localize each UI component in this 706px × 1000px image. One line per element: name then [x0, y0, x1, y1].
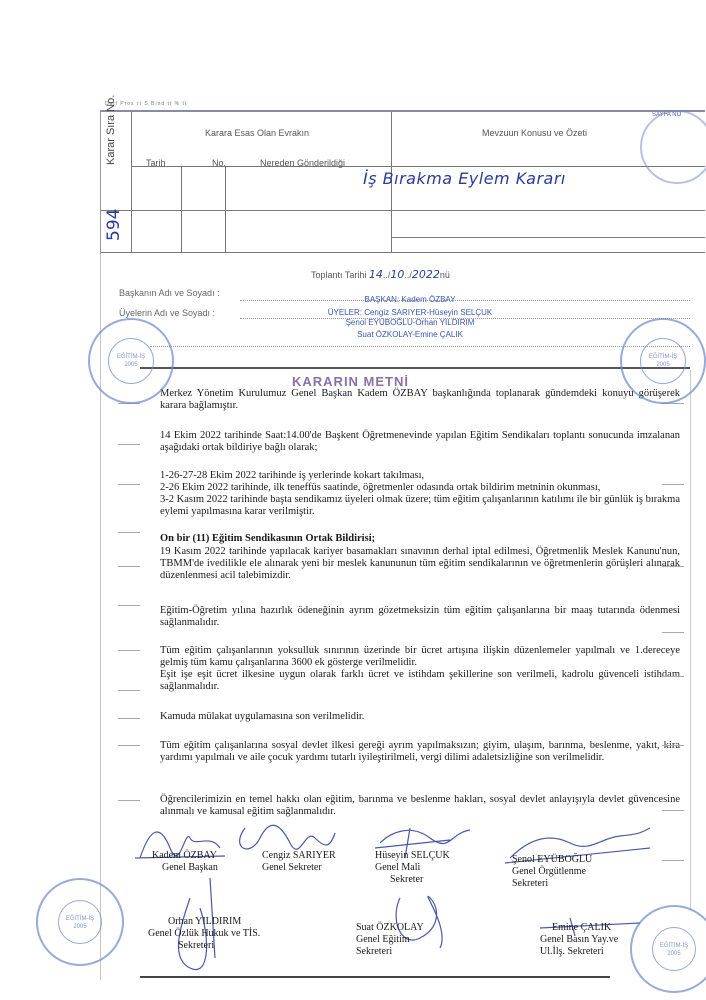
members-line-2: Şenol EYÜBOĞLU-Orhan YILDIRIM [270, 318, 550, 328]
paragraph-wage-increase: Tüm eğitim çalışanlarının yoksulluk sını… [160, 645, 680, 669]
no-column-header: No. [212, 158, 226, 168]
union-stamp-right: EĞİTİM-İŞ 2005 [620, 318, 706, 404]
action-item-1: 1-26-27-28 Ekim 2022 tarihinde iş yerler… [160, 470, 680, 482]
president-name-label: Başkanın Adı ve Soyadı : [119, 288, 220, 298]
signatory-6: Suat ÖZKOLAY Genel Eğitim Sekreteri [356, 922, 424, 958]
nereden-column-header: Nereden Gönderildiği [260, 158, 345, 168]
signatory-5: Orhan YILDIRIM Genel Özlük Hukuk ve TİS.… [148, 916, 260, 952]
signatory-7: Emine ÇALIK Genel Basın Yay.ve Ul.İlş. S… [540, 922, 618, 958]
joint-declaration-title: On bir (11) Eğitim Sendikasının Ortak Bi… [160, 533, 680, 545]
karar-sira-no-value: 594 [102, 195, 132, 245]
decision-title: KARARIN METNİ [292, 374, 409, 389]
action-item-3: 3-2 Kasım 2022 tarihinde başta sendikamı… [160, 494, 680, 518]
paragraph-social-state: Tüm eğitim çalışanlarına sosyal devlet i… [160, 740, 680, 764]
president-line: BAŞKAN: Kadem ÖZBAY [290, 295, 530, 305]
meeting-date-day: 14 [369, 268, 383, 281]
paragraph-intro: Merkez Yönetim Kurulumuz Genel Başkan Ka… [160, 388, 680, 412]
union-stamp-top-right [640, 110, 706, 184]
union-stamp-bottom-left: EĞİTİM-İŞ 2005 [36, 878, 124, 966]
right-margin-rule [690, 370, 691, 910]
paragraph-students: Öğrencilerimizin en temel hakkı olan eği… [160, 794, 680, 818]
meeting-date-year: 2022 [412, 268, 440, 281]
paragraph-equal-pay: Eşit işe eşit ücret ilkesine uygun olara… [160, 669, 680, 693]
form-print-code: Doif Pros rt S Bind tt % tt [105, 101, 187, 107]
signatory-3: Hüseyin SELÇUK Genel Mali Sekreter [375, 850, 450, 886]
union-stamp-left: EĞİTİM-İŞ 2005 [88, 318, 174, 404]
paragraph-preparation-allowance: Eğitim-Öğretim yılına hazırlık ödeneğini… [160, 605, 680, 629]
paragraph-career-exam: 19 Kasım 2022 tarihinde yapılacak kariye… [160, 546, 680, 582]
decision-subject: İş Bırakma Eylem Kararı [363, 169, 566, 188]
section-divider [140, 367, 690, 369]
action-list: 1-26-27-28 Ekim 2022 tarihinde iş yerler… [160, 470, 680, 518]
signatory-4: Şenol EYÜBOĞLU Genel Örgütlenme Sekreter… [512, 854, 592, 890]
signatory-2: Cengiz SARIYER Genel Sekreter [262, 850, 336, 874]
bottom-rule [140, 976, 610, 978]
members-line-3: Suat ÖZKOLAY-Emine ÇALIK [270, 330, 550, 340]
paragraph-meeting-context: 14 Ekim 2022 tarihinde Saat:14.00'de Baş… [160, 430, 680, 454]
paragraph-interview: Kamuda mülakat uygulamasına son verilmel… [160, 711, 680, 723]
tarih-column-header: Tarih [146, 158, 166, 168]
union-stamp-bottom-right: EĞİTİM-İŞ 2005 [630, 905, 706, 993]
members-name-label: Üyelerin Adı ve Soyadı : [119, 308, 215, 318]
mevzuun-konusu-header: Mevzuun Konusu ve Özeti [482, 128, 587, 138]
members-line-1: ÜYELER: Cengiz SARIYER-Hüseyin SELÇUK [270, 308, 550, 318]
karar-sira-no-label: Karar Sıra No. [101, 113, 131, 165]
meeting-date-month: 10 [390, 268, 404, 281]
signatory-1: Kadem ÖZBAY Genel Başkan [152, 850, 218, 874]
meeting-date: Toplantı Tarihi 14../10../2022nü [311, 268, 450, 281]
karara-esas-olan-evrakin-header: Karara Esas Olan Evrakın [205, 128, 309, 138]
action-item-2: 2-26 Ekim 2022 tarihinde, ilk teneffüs s… [160, 482, 680, 494]
